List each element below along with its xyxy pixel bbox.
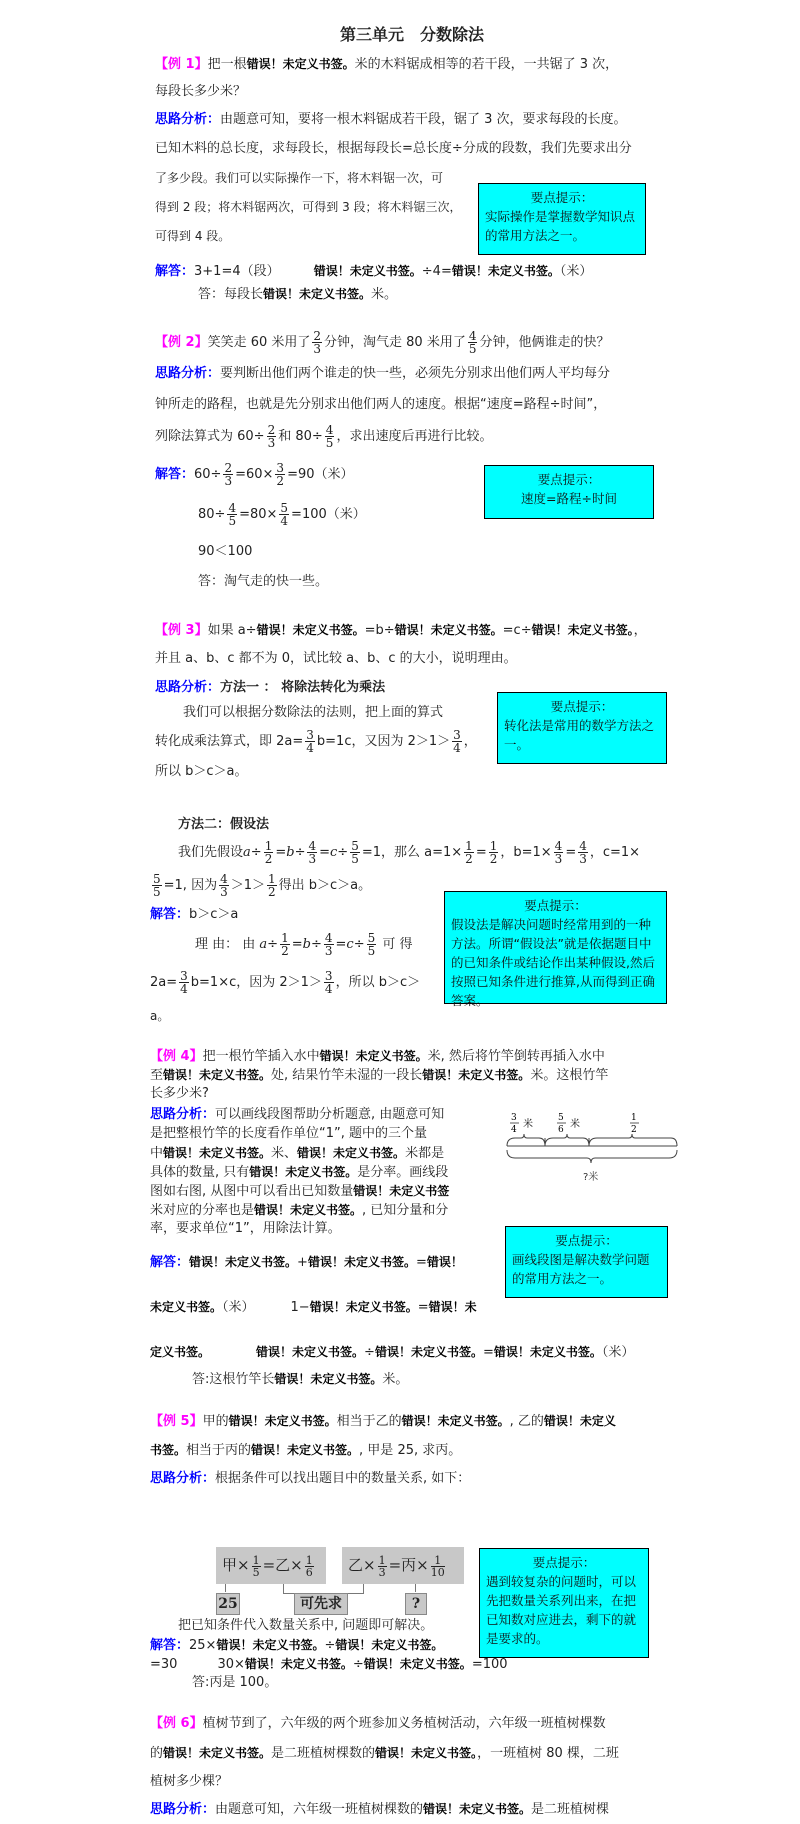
- ex3-tip1-box: 要点提示： 转化法是常用的数学方法之一。: [497, 692, 667, 764]
- ex4-analysis-line3: 中错误！未定义书签。米、错误！未定义书签。米都是: [150, 1144, 444, 1163]
- connector-line: [363, 1584, 364, 1594]
- ex1-tip-box: 要点提示： 实际操作是掌握数学知识点的常用方法之一。: [478, 183, 646, 255]
- ex4-analysis-line4: 具体的数量, 只有错误！未定义书签。是分率。画线段: [150, 1163, 448, 1182]
- ex5-question-line1: 【例 5】甲的错误！未定义书签。相当于乙的错误！未定义书签。, 乙的错误！未定义: [150, 1412, 616, 1431]
- ex3-method2-title: 方法二：假设法: [178, 816, 269, 834]
- svg-text:5: 5: [558, 1113, 564, 1123]
- ex1-analysis-line2: 已知木料的总长度，求每段长，根据每段长=总长度÷分成的段数，我们先要求出分: [155, 140, 632, 158]
- fraction: 23: [312, 330, 322, 355]
- ex3-solution-line1: 解答：b＞c＞a: [150, 906, 238, 924]
- ex2-analysis-line3: 列除法算式为 60÷23和 80÷45，求出速度后再进行比较。: [155, 424, 492, 450]
- tip-body: 实际操作是掌握数学知识点的常用方法之一。: [485, 207, 639, 245]
- ex4-analysis-line1: 思路分析：可以画线段图帮助分析题意, 由题意可知: [150, 1106, 444, 1124]
- ex1-analysis-line3: 了多少段。我们可以实际操作一下，将木料锯一次，可: [155, 169, 443, 187]
- svg-text:米: 米: [570, 1117, 580, 1130]
- tip-title: 要点提示：: [491, 470, 647, 489]
- ex6-analysis-line1: 思路分析：由题意可知，六年级一班植树棵数的错误！未定义书签。是二班植树棵: [150, 1800, 609, 1819]
- svg-text:2: 2: [631, 1125, 637, 1135]
- ex1-question-line2: 每段长多少米？: [155, 83, 246, 101]
- ex4-solution-line3: 定义书签。错误！未定义书签。÷错误！未定义书签。=错误！未定义书签。（米）: [150, 1343, 634, 1362]
- ex1-question-line1: 【例 1】把一根错误！未定义书签。米的木料锯成相等的若干段，一共锯了 3 次，: [155, 55, 618, 74]
- answer-label: 解答：: [155, 264, 194, 279]
- ex6-question-line3: 植树多少棵？: [150, 1773, 228, 1791]
- ex3-method1-line3: 所以 b＞c＞a。: [155, 763, 248, 781]
- ex2-tag: 【例 2】: [155, 335, 208, 350]
- ex1-analysis-line1: 思路分析：由题意可知，要将一根木料锯成若干段，锯了 3 次，要求每段的长度。: [155, 111, 627, 129]
- ex2-solution-line3: 90＜100: [198, 543, 252, 561]
- equation-2: 乙×13=丙×110: [348, 1553, 447, 1578]
- svg-text:6: 6: [558, 1125, 564, 1135]
- line-segment-diagram: 3 4 米 5 6 米 1 2 ?米: [505, 1100, 680, 1190]
- svg-text:1: 1: [631, 1113, 637, 1123]
- ex3-reason-line2: 2a=34b=1×c，因为 2＞1＞34，所以 b＞c＞: [150, 970, 420, 996]
- ex4-question-line3: 长多少米?: [150, 1085, 209, 1103]
- ex1-analysis-line5: 可得到 4 段。: [155, 227, 230, 245]
- equation-1: 甲×15=乙×16: [222, 1553, 316, 1578]
- ex4-question-line2: 至错误！未定义书签。处, 结果竹竿未湿的一段长错误！未定义书签。米。这根竹竿: [150, 1066, 608, 1085]
- svg-text:米: 米: [523, 1117, 533, 1130]
- ex5-analysis-line2: 把已知条件代入数量关系中, 问题即可解决。: [178, 1617, 433, 1635]
- svg-text:3: 3: [511, 1113, 517, 1123]
- ex2-solution-line1: 解答：60÷23=60×32=90（米）: [155, 462, 354, 488]
- ex6-question-line1: 【例 6】植树节到了，六年级的两个班参加义务植树活动，六年级一班植树棵数: [150, 1715, 606, 1733]
- ex2-solution-line2: 80÷45=80×54=100（米）: [198, 502, 366, 528]
- arrow-line: [225, 1584, 226, 1592]
- ex3-reason-line3: a。: [150, 1007, 169, 1025]
- ex5-final-answer: 答:丙是 100。: [192, 1674, 277, 1692]
- ex5-tip-box: 要点提示： 遇到较复杂的问题时，可以先把数量关系列出来，在把已知数对应进去，剩下…: [479, 1548, 649, 1658]
- page-title: 第三单元 分数除法: [340, 26, 484, 44]
- ex3-method1-line1: 我们可以根据分数除法的法则，把上面的算式: [183, 704, 443, 722]
- intermediate-box: 可先求: [294, 1593, 348, 1615]
- ex2-final-answer: 答：淘气走的快一些。: [198, 573, 328, 591]
- ex4-question-line1: 【例 4】把一根竹竿插入水中错误！未定义书签。米, 然后将竹竿倒转再插入水中: [150, 1047, 605, 1066]
- ex3-method2-line1: 我们先假设a÷12=b÷43=c÷55=1，那么 a=1×12=12，b=1×4…: [178, 840, 640, 866]
- ex5-analysis-line1: 思路分析：根据条件可以找出题目中的数量关系, 如下：: [150, 1470, 470, 1488]
- ex1-analysis-line4: 得到 2 段；将木料锯两次，可得到 3 段；将木料锯三次，: [155, 198, 462, 216]
- ex4-analysis-line7: 率，要求单位“1”，用除法计算。: [150, 1220, 341, 1238]
- ex3-tip2-box: 要点提示： 假设法是解决问题时经常用到的一种方法。所谓“假设法”就是依据题目中的…: [444, 891, 667, 1004]
- ex1-tag: 【例 1】: [155, 57, 208, 72]
- ex5-solution-line2: =3030×错误！未定义书签。÷错误！未定义书签。=100: [150, 1655, 508, 1674]
- ex5-question-line2: 书签。相当于丙的错误！未定义书签。, 甲是 25, 求丙。: [150, 1441, 461, 1460]
- ex2-analysis-line2: 钟所走的路程，也就是先分别求出他们两人的速度。根据“速度=路程÷时间”，: [155, 396, 606, 414]
- ex3-method1-line2: 转化成乘法算式，即 2a=34b=1c，又因为 2＞1＞34，: [155, 729, 477, 755]
- ex1-solution-line1: 解答：3+1=4（段） 错误！未定义书签。÷4=错误！未定义书签。（米）: [155, 262, 592, 281]
- svg-text:4: 4: [511, 1125, 517, 1135]
- ex4-analysis-line2: 是把整根竹竿的长度看作单位“1”, 题中的三个量: [150, 1125, 427, 1143]
- tip-title: 要点提示：: [485, 188, 639, 207]
- ex2-tip-box: 要点提示： 速度=路程÷时间: [484, 465, 654, 519]
- ex5-solution-line1: 解答：25×错误！未定义书签。÷错误！未定义书签。: [150, 1636, 443, 1655]
- ex3-question-line2: 并且 a、b、c 都不为 0，试比较 a、b、c 的大小，说明理由。: [155, 650, 517, 668]
- ex4-solution-line2: 未定义书签。（米）1−错误！未定义书签。=错误！未: [150, 1298, 477, 1317]
- ex4-solution-line1: 解答：错误！未定义书签。+错误！未定义书签。=错误！: [150, 1253, 463, 1272]
- analysis-label: 思路分析：: [155, 112, 220, 127]
- ex6-question-line2: 的错误！未定义书签。是二班植树棵数的错误！未定义书签。，一班植树 80 棵，二班: [150, 1744, 619, 1763]
- bookmark-error: 错误！未定义书签。: [247, 57, 355, 71]
- known-value-box: 25: [216, 1593, 240, 1615]
- ex3-reason-line1: 理 由： 由 a÷12=b÷43=c÷55 可 得: [195, 932, 413, 958]
- ex3-method2-line2: 55=1, 因为43＞1＞12得出 b＞c＞a。: [150, 873, 371, 899]
- svg-text:?米: ?米: [583, 1170, 598, 1183]
- ex4-final-answer: 答:这根竹竿长错误！未定义书签。米。: [192, 1370, 408, 1389]
- ex4-analysis-line5: 图如右图, 从图中可以看出已知数量错误！未定义书签: [150, 1182, 449, 1201]
- ex3-question-line1: 【例 3】如果 a÷错误！未定义书签。=b÷错误！未定义书签。=c÷错误！未定义…: [155, 621, 647, 640]
- ex4-analysis-line6: 米对应的分率也是错误！未定义书签。, 已知分量和分: [150, 1201, 448, 1220]
- ex3-method1-title: 思路分析：方法一 ： 将除法转化为乘法: [155, 679, 385, 697]
- tip-body: 速度=路程÷时间: [491, 489, 647, 508]
- ex1-final-answer: 答：每段长错误！未定义书签。米。: [198, 285, 397, 304]
- fraction: 45: [468, 330, 478, 355]
- unknown-box: ?: [405, 1593, 427, 1615]
- ex2-analysis-line1: 思路分析：要判断出他们两个谁走的快一些，必须先分别求出他们两人平均每分: [155, 365, 610, 383]
- arrow-line: [415, 1584, 416, 1592]
- ex4-tip-box: 要点提示： 画线段图是解决数学问题的常用方法之一。: [505, 1226, 668, 1298]
- ex2-question: 【例 2】笑笑走 60 米用了23分钟，淘气走 80 米用了45分钟，他俩谁走的…: [155, 330, 610, 356]
